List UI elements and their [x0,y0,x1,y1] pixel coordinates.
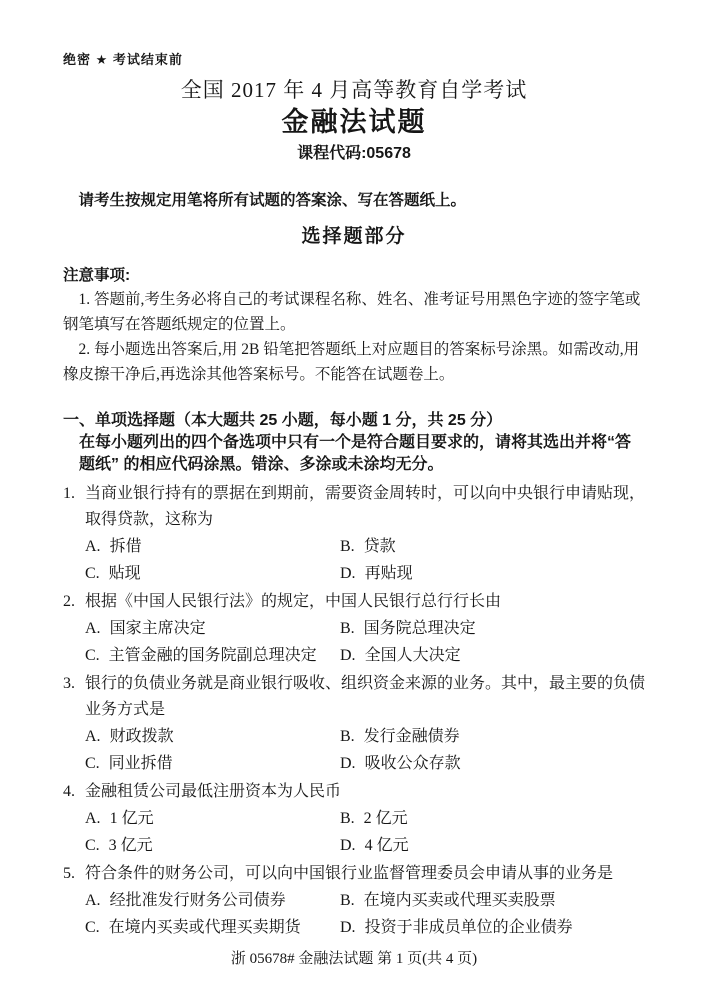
option-item: B.2 亿元 [340,805,645,832]
question-block: 2.根据《中国人民银行法》的规定，中国人民银行总行行长由 A.国家主席决定 B.… [63,589,645,669]
option-item: B.在境内买卖或代理买卖股票 [340,887,645,914]
part-one: 一、单项选择题（本大题共 25 小题，每小题 1 分，共 25 分） 在每小题列… [63,410,645,476]
option-item: C.同业拆借 [85,750,340,777]
option-text: 国务院总理决定 [364,620,476,637]
question-block: 5.符合条件的财务公司，可以向中国银行业监督管理委员会申请从事的业务是 A.经批… [63,861,645,941]
option-label: B. [340,620,355,637]
option-item: A.国家主席决定 [85,615,340,642]
section-title: 选择题部分 [63,224,645,250]
options: A.财政拨款 B.发行金融债券 C.同业拆借 D.吸收公众存款 [85,723,645,777]
option-item: D.投资于非成员单位的企业债券 [340,914,645,941]
option-text: 拆借 [110,538,142,555]
option-label: A. [85,538,101,555]
option-item: B.国务院总理决定 [340,615,645,642]
option-label: A. [85,728,101,745]
notice-list: 1. 答题前,考生务必将自己的考试课程名称、姓名、准考证号用黑色字迹的签字笔或钢… [63,287,645,387]
option-text: 吸收公众存款 [365,755,461,772]
option-label: D. [340,647,356,664]
option-item: B.贷款 [340,533,645,560]
option-label: A. [85,892,101,909]
answer-sheet-instruction: 请考生按规定用笔将所有试题的答案涂、写在答题纸上。 [63,190,645,212]
option-item: A.财政拨款 [85,723,340,750]
option-item: B.发行金融债券 [340,723,645,750]
option-label: D. [340,919,356,936]
options: A.1 亿元 B.2 亿元 C.3 亿元 D.4 亿元 [85,805,645,859]
question-text: 当商业银行持有的票据在到期前，需要资金周转时，可以向中央银行申请贴现，取得贷款，… [85,485,645,528]
option-item: D.4 亿元 [340,832,645,859]
security-label: 绝密 ★ 考试结束前 [63,52,645,68]
course-code: 课程代码:05678 [63,143,645,165]
option-label: C. [85,837,100,854]
option-text: 贷款 [364,538,396,555]
options: A.经批准发行财务公司债券 B.在境内买卖或代理买卖股票 C.在境内买卖或代理买… [85,887,645,941]
option-item: A.经批准发行财务公司债券 [85,887,340,914]
question-text: 银行的负债业务就是商业银行吸收、组织资金来源的业务。其中，最主要的负债业务方式是 [85,675,645,718]
option-text: 1 亿元 [110,810,154,827]
option-label: C. [85,919,100,936]
option-text: 2 亿元 [364,810,408,827]
option-text: 4 亿元 [365,837,409,854]
option-item: C.主管金融的国务院副总理决定 [85,642,340,669]
option-text: 发行金融债券 [364,728,460,745]
option-text: 再贴现 [365,565,413,582]
question-number: 5. [63,861,85,887]
subject-title: 金融法试题 [63,106,645,139]
option-text: 3 亿元 [109,837,153,854]
question-stem: 2.根据《中国人民银行法》的规定，中国人民银行总行行长由 [63,589,645,615]
option-label: B. [340,892,355,909]
question-block: 1.当商业银行持有的票据在到期前，需要资金周转时，可以向中央银行申请贴现，取得贷… [63,481,645,587]
option-item: C.贴现 [85,560,340,587]
option-label: B. [340,538,355,555]
option-item: C.3 亿元 [85,832,340,859]
question-number: 1. [63,481,85,507]
options: A.拆借 B.贷款 C.贴现 D.再贴现 [85,533,645,587]
option-label: A. [85,620,101,637]
question-number: 3. [63,671,85,697]
option-label: D. [340,565,356,582]
option-label: C. [85,647,100,664]
question-stem: 3.银行的负债业务就是商业银行吸收、组织资金来源的业务。其中，最主要的负债业务方… [63,671,645,723]
question-stem: 4.金融租赁公司最低注册资本为人民币 [63,779,645,805]
option-label: D. [340,837,356,854]
option-text: 贴现 [109,565,141,582]
question-text: 符合条件的财务公司，可以向中国银行业监督管理委员会申请从事的业务是 [85,865,613,882]
question-text: 金融租赁公司最低注册资本为人民币 [85,783,341,800]
option-text: 同业拆借 [109,755,173,772]
option-label: B. [340,728,355,745]
option-text: 投资于非成员单位的企业债券 [365,919,573,936]
option-text: 在境内买卖或代理买卖期货 [109,919,301,936]
question-text: 根据《中国人民银行法》的规定，中国人民银行总行行长由 [85,593,501,610]
question-number: 2. [63,589,85,615]
page-footer: 浙 05678# 金融法试题 第 1 页(共 4 页) [63,948,645,970]
option-item: D.再贴现 [340,560,645,587]
option-label: B. [340,810,355,827]
question-number: 4. [63,779,85,805]
option-text: 主管金融的国务院副总理决定 [109,647,317,664]
notice-item: 1. 答题前,考生务必将自己的考试课程名称、姓名、准考证号用黑色字迹的签字笔或钢… [63,287,645,337]
question-block: 4.金融租赁公司最低注册资本为人民币 A.1 亿元 B.2 亿元 C.3 亿元 … [63,779,645,859]
option-item: A.拆借 [85,533,340,560]
option-label: C. [85,755,100,772]
option-text: 财政拨款 [110,728,174,745]
option-label: A. [85,810,101,827]
exam-title: 全国 2017 年 4 月高等教育自学考试 [63,77,645,103]
options: A.国家主席决定 B.国务院总理决定 C.主管金融的国务院副总理决定 D.全国人… [85,615,645,669]
question-stem: 1.当商业银行持有的票据在到期前，需要资金周转时，可以向中央银行申请贴现，取得贷… [63,481,645,533]
exam-page: 绝密 ★ 考试结束前 全国 2017 年 4 月高等教育自学考试 金融法试题 课… [0,0,703,987]
option-text: 国家主席决定 [110,620,206,637]
option-text: 在境内买卖或代理买卖股票 [364,892,556,909]
part-heading: 一、单项选择题（本大题共 25 小题，每小题 1 分，共 25 分） [63,410,645,432]
notice-item: 2. 每小题选出答案后,用 2B 铅笔把答题纸上对应题目的答案标号涂黑。如需改动… [63,337,645,387]
option-item: C.在境内买卖或代理买卖期货 [85,914,340,941]
option-label: C. [85,565,100,582]
question-stem: 5.符合条件的财务公司，可以向中国银行业监督管理委员会申请从事的业务是 [63,861,645,887]
question-block: 3.银行的负债业务就是商业银行吸收、组织资金来源的业务。其中，最主要的负债业务方… [63,671,645,777]
option-text: 经批准发行财务公司债券 [110,892,286,909]
questions: 1.当商业银行持有的票据在到期前，需要资金周转时，可以向中央银行申请贴现，取得贷… [63,481,645,941]
option-label: D. [340,755,356,772]
option-text: 全国人大决定 [365,647,461,664]
option-item: D.吸收公众存款 [340,750,645,777]
part-subheading: 在每小题列出的四个备选项中只有一个是符合题目要求的，请将其选出并将“答题纸” 的… [79,432,645,476]
notice-heading: 注意事项: [63,265,645,287]
option-item: D.全国人大决定 [340,642,645,669]
option-item: A.1 亿元 [85,805,340,832]
